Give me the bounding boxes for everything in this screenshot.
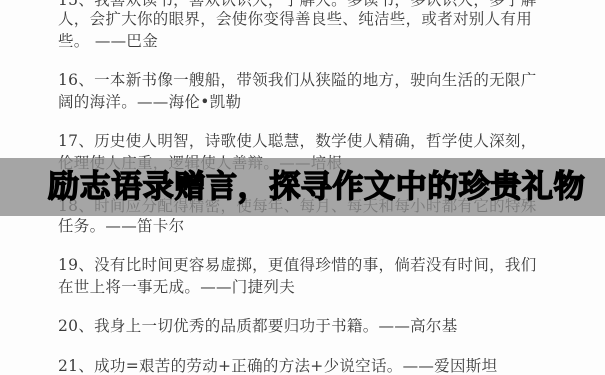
quote-17-line-1: 17、历史使人明智，诗歌使人聪慧，数学使人精确，哲学使人深刻， bbox=[58, 131, 537, 151]
quote-16-line-2: 阔的海洋。——海伦•凯勒 bbox=[58, 92, 241, 112]
quote-19-line-1: 19、没有比时间更容易虚掷，更值得珍惜的事，倘若没有时间，我们 bbox=[58, 255, 537, 275]
quote-18-line-2: 任务。——笛卡尔 bbox=[58, 216, 184, 236]
banner-title: 励志语录赠言，探寻作文中的珍贵礼物 bbox=[48, 160, 585, 214]
quote-19-line-2: 在世上将一事无成。——门捷列夫 bbox=[58, 277, 295, 297]
quote-16-line-1: 16、一本新书像一艘船，带领我们从狭隘的地方，驶向生活的无限广 bbox=[58, 70, 537, 90]
quote-15-line-3: 些。 ——巴金 bbox=[58, 31, 158, 51]
quote-15-line-2: 人，会扩大你的眼界，会使你变得善良些、纯洁些，或者对别人有用 bbox=[58, 9, 532, 29]
quote-20-line-1: 20、我身上一切优秀的品质都要归功于书籍。——高尔基 bbox=[58, 316, 458, 336]
quote-21-line-1: 21、成功=艰苦的劳动+正确的方法+少说空话。——爱因斯坦 bbox=[58, 356, 497, 375]
